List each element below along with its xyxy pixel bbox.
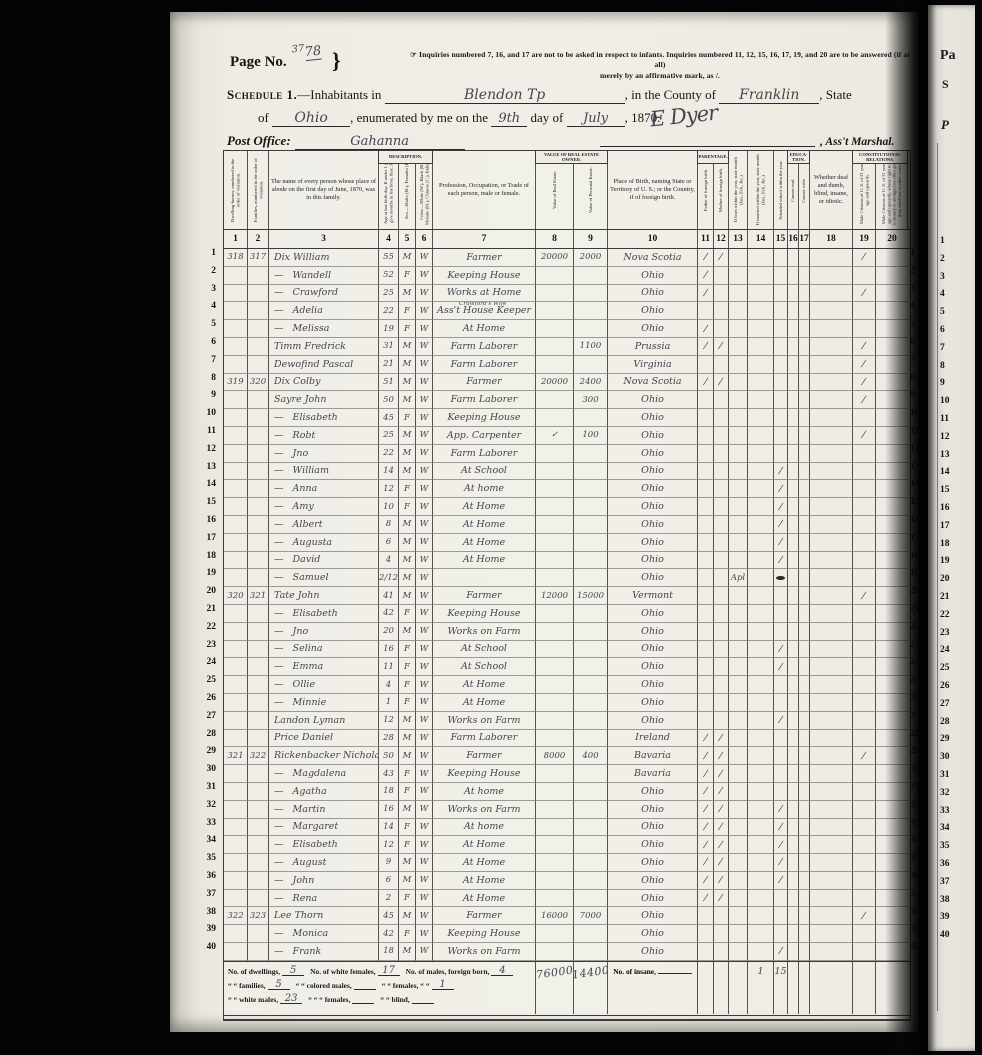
affirmative-mark: / [718,785,725,797]
table-cell [799,445,810,463]
table-cell [574,801,608,819]
table-cell: 25 [379,285,399,303]
state-suffix-label: , State [819,87,852,102]
table-cell: W [416,676,433,694]
table-cell [574,872,608,890]
cell-value: W [420,804,429,814]
table-cell [729,907,748,925]
column-heading-text: Attended school within the year. [777,153,784,227]
affirmative-mark: / [702,376,709,388]
table-cell [799,925,810,943]
table-cell: Ohio [608,552,698,570]
census-page: Page No. 3778 } ☞ Inquiries numbered 7, … [170,12,918,1032]
table-cell: M [399,463,416,481]
cell-value: Ohio [641,412,664,423]
table-cell [810,267,853,285]
table-cell [774,569,788,587]
cell-value: W [420,359,429,369]
table-cell [698,676,714,694]
table-cell: / [774,943,788,961]
table-cell [574,765,608,783]
table-cell: — Martin [269,801,379,819]
row-number-left: 14 [196,479,216,489]
table-cell [248,445,269,463]
table-cell [774,907,788,925]
table-cell [574,445,608,463]
cell-value: M [403,573,412,583]
table-row: 320321Tate John41MWFarmer1200015000Vermo… [224,587,910,605]
table-cell: 6 [379,872,399,890]
table-cell: / [714,338,729,356]
cell-value: 15000 [577,591,604,601]
table-cell: 42 [379,605,399,623]
table-cell [810,516,853,534]
schedule-line: Schedule 1.—Inhabitants in Blendon Tp, i… [227,87,852,104]
table-cell [698,641,714,659]
summary-label: “ “ white males, [228,995,278,1004]
next-page-row-number: 30 [940,752,950,762]
row-number-left: 40 [196,942,216,952]
cell-value: W [420,395,429,405]
table-cell [574,302,608,320]
table-cell [810,356,853,374]
table-cell [799,605,810,623]
summary-value: 5 [268,980,290,990]
table-cell: — Robt [269,427,379,445]
table-cell: W [416,623,433,641]
summary-pair: “ “ blind, [380,994,439,1004]
column-number: 15 [774,230,788,248]
cell-value: — Elisabeth [274,839,338,850]
table-cell [810,712,853,730]
table-cell [729,836,748,854]
table-cell: 18 [379,783,399,801]
affirmative-mark: / [702,340,709,352]
table-cell: / [853,338,876,356]
real-estate-total: 76000 [536,963,574,981]
table-cell [810,552,853,570]
cell-value: Ohio [641,821,664,832]
affirmative-mark: / [861,376,868,388]
table-cell [248,463,269,481]
table-cell [799,854,810,872]
table-cell [248,623,269,641]
table-cell [748,338,774,356]
table-cell: M [399,712,416,730]
table-cell [714,658,729,676]
row-number-left: 24 [196,657,216,667]
table-cell [788,445,799,463]
affirmative-mark: / [702,874,709,886]
column-heading-text: Place of Birth, naming State or Territor… [608,177,697,203]
table-cell: — Albert [269,516,379,534]
table-cell [788,747,799,765]
table-cell [536,658,574,676]
cell-value: M [403,555,412,565]
cell-value: 19 [383,324,394,334]
table-cell: 55 [379,249,399,267]
table-cell: 20000 [536,249,574,267]
table-cell: — David [269,552,379,570]
cell-value: 321 [250,591,266,601]
table-cell [729,498,748,516]
table-cell: / [774,819,788,837]
table-cell [729,694,748,712]
table-cell [698,409,714,427]
row-number-left: 7 [196,355,216,365]
table-cell [853,854,876,872]
table-cell: Ohio [608,676,698,694]
table-cell: F [399,498,416,516]
table-cell [788,712,799,730]
cell-value: Keeping House [447,928,520,939]
cell-value: F [404,502,410,512]
cell-value: 22 [383,448,394,458]
table-cell: M [399,356,416,374]
table-cell: 2000 [574,249,608,267]
table-cell [799,623,810,641]
table-cell [714,356,729,374]
cell-value: F [404,484,410,494]
day-value: 9th [491,111,527,127]
cell-value: 318 [227,252,243,262]
table-cell [810,534,853,552]
table-cell: M [399,374,416,392]
table-cell [799,587,810,605]
table-cell [574,409,608,427]
cell-value: Ohio [641,554,664,565]
table-cell [810,427,853,445]
table-cell: / [714,765,729,783]
table-cell [248,338,269,356]
next-page-row-number: 17 [940,521,950,531]
table-cell [574,658,608,676]
row-number-left: 2 [196,266,216,276]
cell-value: Ohio [641,715,664,726]
table-cell: M [399,943,416,961]
table-cell: At home [433,819,536,837]
cell-value: W [420,875,429,885]
column-heading: The name of every person whose place of … [269,151,379,229]
column-heading: Profession, Occupation, or Trade of each… [433,151,536,229]
next-page-row-number: 8 [940,361,945,371]
table-cell [799,819,810,837]
inquiries-note-line2: merely by an affirmative mark, as /. [410,71,910,81]
table-cell: Farmer [433,747,536,765]
table-cell [698,552,714,570]
table-cell: 1 [379,694,399,712]
table-cell [853,552,876,570]
table-cell: 45 [379,907,399,925]
table-cell [810,623,853,641]
next-page-row-number: 22 [940,610,950,620]
cell-value: W [420,929,429,939]
table-cell: M [399,587,416,605]
table-cell: App. Carpenter [433,427,536,445]
table-cell [799,658,810,676]
column-heading-text: Value of Personal Estate. [587,153,594,227]
totals-cell [729,962,748,1014]
table-cell: 9 [379,854,399,872]
next-page-row-number: 2 [940,254,945,264]
table-cell [224,676,248,694]
table-cell [774,249,788,267]
totals-cell [714,962,729,1014]
insane-cell: No. of insane, [613,962,692,976]
table-cell [729,712,748,730]
next-page-row-number: 7 [940,343,945,353]
table-cell: 16 [379,641,399,659]
column-number: 2 [248,230,269,248]
cell-value: W [420,413,429,423]
cell-value: 7000 [580,911,602,921]
table-cell [536,285,574,303]
table-cell: — Magdalena [269,765,379,783]
table-cell: F [399,658,416,676]
table-cell [698,516,714,534]
table-cell: — William [269,463,379,481]
table-cell [853,463,876,481]
cell-value: W [420,306,429,316]
table-cell [810,409,853,427]
affirmative-mark: / [777,465,784,477]
cell-value: W [420,430,429,440]
table-cell [810,391,853,409]
cell-value: M [403,466,412,476]
summary-value: 5 [282,966,304,976]
next-page-row-number: 11 [940,414,949,424]
cell-value: At Home [463,519,505,530]
table-row: — Elisabeth12FWAt HomeOhio/// [224,836,910,854]
table-cell: Ohio [608,641,698,659]
table-cell: W [416,498,433,516]
cell-value: 22 [383,306,394,316]
cell-value: Farm Laborer [451,732,518,743]
cell-value: At Home [463,679,505,690]
table-cell [788,552,799,570]
table-cell: Ohio [608,320,698,338]
cell-value: Works on Farm [447,715,520,726]
table-cell [774,374,788,392]
table-cell [714,907,729,925]
affirmative-mark: / [718,768,725,780]
cell-value: 319 [227,377,243,387]
cell-value: Sayre John [274,394,327,405]
table-cell [810,676,853,694]
table-cell: At Home [433,694,536,712]
table-cell [536,480,574,498]
table-cell: / [698,374,714,392]
column-heading: Dwelling-houses, numbered in the order o… [224,151,248,229]
table-cell [248,712,269,730]
table-cell [224,320,248,338]
cell-value: Farm Laborer [451,448,518,459]
summary-value: 23 [280,994,302,1004]
table-cell: — Elisabeth [269,409,379,427]
table-cell [698,587,714,605]
table-cell [698,391,714,409]
table-cell [853,623,876,641]
table-cell [433,569,536,587]
table-cell [810,836,853,854]
table-row: Dewofind Pascal21MWFarm LaborerVirginia/ [224,356,910,374]
table-cell [536,801,574,819]
column-heading-text: Cannot read. [789,153,796,227]
table-cell: Works on Farm [433,943,536,961]
table-cell [788,907,799,925]
table-cell [853,943,876,961]
cell-value: Ohio [641,928,664,939]
cell-value: — Melissa [274,323,329,334]
cell-value: ✓ [551,430,558,440]
table-cell [774,356,788,374]
table-cell [774,623,788,641]
row-number-left: 3 [196,284,216,294]
table-cell [748,801,774,819]
table-cell: F [399,641,416,659]
table-cell: Works on Farm [433,623,536,641]
table-cell [774,890,788,908]
table-cell [799,338,810,356]
table-cell [810,747,853,765]
scan-background: Page No. 3778 } ☞ Inquiries numbered 7, … [0,0,982,1055]
table-cell: / [774,498,788,516]
cell-value: F [404,662,410,672]
cell-value: Ohio [641,430,664,441]
table-cell: / [698,320,714,338]
summary-value: 1 [432,980,454,990]
next-page-row-number: 12 [940,432,950,442]
table-cell: 21 [379,356,399,374]
table-cell [714,569,729,587]
table-cell [810,890,853,908]
cell-value: 4 [386,555,391,565]
table-cell [748,320,774,338]
table-cell [774,267,788,285]
cell-value: 300 [582,395,598,405]
table-cell: Works on Farm [433,801,536,819]
row-number-left: 33 [196,818,216,828]
table-cell: M [399,338,416,356]
table-cell: At School [433,658,536,676]
table-cell [698,658,714,676]
table-cell [729,872,748,890]
table-cell [774,427,788,445]
table-cell: F [399,480,416,498]
table-cell [799,783,810,801]
column-number: 19 [853,230,876,248]
affirmative-mark: / [718,732,725,744]
table-cell: Ohio [608,836,698,854]
table-row: — Adelia22FWAss't House KeeperCrawford's… [224,302,910,320]
table-cell: Dix William [269,249,379,267]
table-cell [536,391,574,409]
cell-value: Vermont [632,590,673,601]
table-cell [536,783,574,801]
row-number-left: 17 [196,533,216,543]
table-cell: Ireland [608,730,698,748]
table-cell: Ohio [608,658,698,676]
row-number-left: 28 [196,729,216,739]
table-cell [748,623,774,641]
total-mark-col15: 15 [774,966,786,977]
personal-estate-total: 14400 [574,963,608,981]
table-cell [799,463,810,481]
table-cell: / [698,854,714,872]
table-cell: 317 [248,249,269,267]
table-cell: / [698,285,714,303]
cell-value: M [403,448,412,458]
cell-value: W [420,466,429,476]
table-row: — Anna12FWAt homeOhio/ [224,480,910,498]
table-cell [714,320,729,338]
next-page-row-number: 1 [940,236,945,246]
table-cell [748,872,774,890]
cell-value: — Augusta [274,537,332,548]
table-cell [224,872,248,890]
table-cell [788,338,799,356]
table-row: — Melissa19FWAt HomeOhio/ [224,320,910,338]
cell-value: 42 [383,608,394,618]
affirmative-mark: / [777,821,784,833]
table-cell [224,658,248,676]
table-cell [810,498,853,516]
totals-cell: No. of insane, [608,962,698,1014]
table-cell: Works on Farm [433,712,536,730]
table-cell [853,783,876,801]
cell-value: W [420,822,429,832]
table-cell [574,783,608,801]
table-cell: Farm Laborer [433,391,536,409]
state-value: Ohio [272,110,350,127]
table-row: — Minnie1FWAt HomeOhio [224,694,910,712]
cell-value: F [404,893,410,903]
table-cell [788,943,799,961]
table-cell [853,569,876,587]
next-page-row-number: 29 [940,734,950,744]
day-of-label: day of [531,110,564,125]
table-cell [729,356,748,374]
totals-cell [698,962,714,1014]
cell-value: Ohio [641,857,664,868]
row-number-left: 11 [196,426,216,436]
cell-value: Farm Laborer [451,341,518,352]
table-row: — Frank18MWWorks on FarmOhio/ [224,943,910,961]
cell-value: M [403,252,412,262]
table-cell: ✓ [536,427,574,445]
cell-value: W [420,662,429,672]
table-cell: 322 [248,747,269,765]
cell-value: Farmer [466,590,501,601]
next-page-row-number: 19 [940,556,950,566]
table-cell [714,641,729,659]
table-cell [853,694,876,712]
table-cell: 323 [248,907,269,925]
table-cell: Ohio [608,391,698,409]
table-cell [248,783,269,801]
cell-value: Ohio [641,270,664,281]
affirmative-mark: / [718,874,725,886]
table-cell [810,819,853,837]
cell-value: At Home [463,501,505,512]
row-number-left: 36 [196,871,216,881]
affirmative-mark: / [702,287,709,299]
affirmative-mark: / [861,910,868,922]
table-cell [574,712,608,730]
cell-value: W [420,591,429,601]
table-cell [698,623,714,641]
cell-value: W [420,697,429,707]
